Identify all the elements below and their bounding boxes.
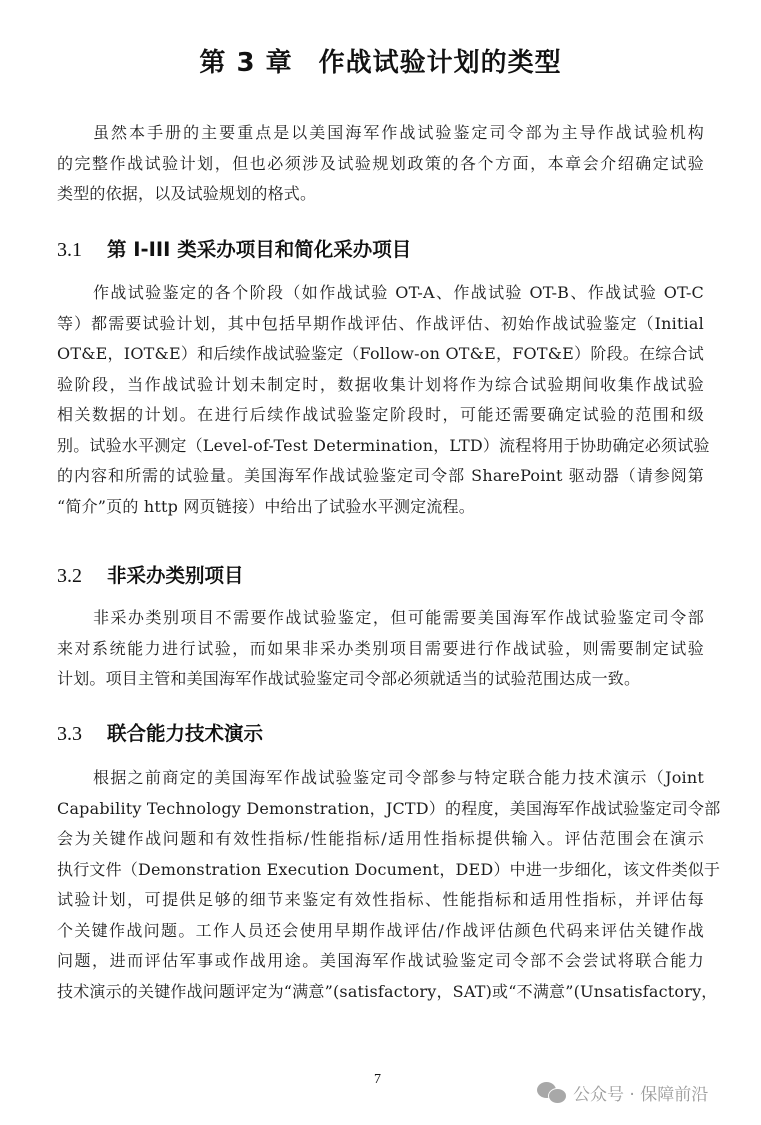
text-line: Capability Technology Demonstration，JCTD… xyxy=(57,794,704,825)
text-line: 别。试验水平测定（Level-of-Test Determination，LTD… xyxy=(57,431,704,462)
text-line: 验阶段，当作战试验计划未制定时，数据收集计划将作为综合试验期间收集作战试验 xyxy=(57,370,704,401)
wechat-icon xyxy=(537,1082,567,1104)
chapter-name: 作战试验计划的类型 xyxy=(319,48,562,78)
text-line: 作战试验鉴定的各个阶段（如作战试验 OT-A、作战试验 OT-B、作战试验 OT… xyxy=(57,278,704,309)
text-line: 技术演示的关键作战问题评定为“满意”(satisfactory，SAT)或“不满… xyxy=(57,977,704,1008)
text-line: 等）都需要试验计划，其中包括早期作战评估、作战评估、初始作战试验鉴定（Initi… xyxy=(57,309,704,340)
text-line: 类型的依据，以及试验规划的格式。 xyxy=(57,179,704,210)
section-number: 3.2 xyxy=(57,565,107,588)
section-3-1-paragraph: 作战试验鉴定的各个阶段（如作战试验 OT-A、作战试验 OT-B、作战试验 OT… xyxy=(57,278,704,522)
text-line: 根据之前商定的美国海军作战试验鉴定司令部参与特定联合能力技术演示（Joint xyxy=(57,763,704,794)
watermark: 公众号 · 保障前沿 xyxy=(537,1080,708,1105)
document-page: 第 3 章作战试验计划的类型 虽然本手册的主要重点是以美国海军作战试验鉴定司令部… xyxy=(0,0,761,1125)
section-heading-3-3: 3.3联合能力技术演示 xyxy=(57,718,263,746)
section-title: 第 I-III 类采办项目和简化采办项目 xyxy=(107,238,411,261)
text-line: 非采办类别项目不需要作战试验鉴定，但可能需要美国海军作战试验鉴定司令部 xyxy=(57,603,704,634)
text-line: 问题，进而评估军事或作战用途。美国海军作战试验鉴定司令部不会尝试将联合能力 xyxy=(57,946,704,977)
text-line: OT&E，IOT&E）和后续作战试验鉴定（Follow-on OT&E，FOT&… xyxy=(57,339,704,370)
section-heading-3-2: 3.2非采办类别项目 xyxy=(57,560,244,588)
text-line: 试验计划，可提供足够的细节来鉴定有效性指标、性能指标和适用性指标，并评估每 xyxy=(57,885,704,916)
text-line: 执行文件（Demonstration Execution Document，DE… xyxy=(57,855,704,886)
page-number: 7 xyxy=(374,1072,381,1088)
watermark-text: 公众号 · 保障前沿 xyxy=(573,1080,708,1105)
text-line: 来对系统能力进行试验，而如果非采办类别项目需要进行作战试验，则需要制定试验 xyxy=(57,634,704,665)
section-title: 联合能力技术演示 xyxy=(107,722,263,745)
text-line: 的完整作战试验计划，但也必须涉及试验规划政策的各个方面，本章会介绍确定试验 xyxy=(57,149,704,180)
section-title: 非采办类别项目 xyxy=(107,564,244,587)
section-3-3-paragraph: 根据之前商定的美国海军作战试验鉴定司令部参与特定联合能力技术演示（Joint C… xyxy=(57,763,704,1007)
text-line: 相关数据的计划。在进行后续作战试验鉴定阶段时，可能还需要确定试验的范围和级 xyxy=(57,400,704,431)
intro-paragraph: 虽然本手册的主要重点是以美国海军作战试验鉴定司令部为主导作战试验机构 的完整作战… xyxy=(57,118,704,210)
text-line: 虽然本手册的主要重点是以美国海军作战试验鉴定司令部为主导作战试验机构 xyxy=(57,118,704,149)
section-3-2-paragraph: 非采办类别项目不需要作战试验鉴定，但可能需要美国海军作战试验鉴定司令部 来对系统… xyxy=(57,603,704,695)
text-line: “简介”页的 http 网页链接）中给出了试验水平测定流程。 xyxy=(57,492,704,523)
section-heading-3-1: 3.1第 I-III 类采办项目和简化采办项目 xyxy=(57,234,411,262)
text-line: 个关键作战问题。工作人员还会使用早期作战评估/作战评估颜色代码来评估关键作战 xyxy=(57,916,704,947)
text-line: 的内容和所需的试验量。美国海军作战试验鉴定司令部 SharePoint 驱动器（… xyxy=(57,461,704,492)
section-number: 3.3 xyxy=(57,723,107,746)
chapter-title: 第 3 章作战试验计划的类型 xyxy=(0,42,761,79)
section-number: 3.1 xyxy=(57,239,107,262)
text-line: 会为关键作战问题和有效性指标/性能指标/适用性指标提供输入。评估范围会在演示 xyxy=(57,824,704,855)
chapter-number: 第 3 章 xyxy=(199,48,292,78)
text-line: 计划。项目主管和美国海军作战试验鉴定司令部必须就适当的试验范围达成一致。 xyxy=(57,664,704,695)
